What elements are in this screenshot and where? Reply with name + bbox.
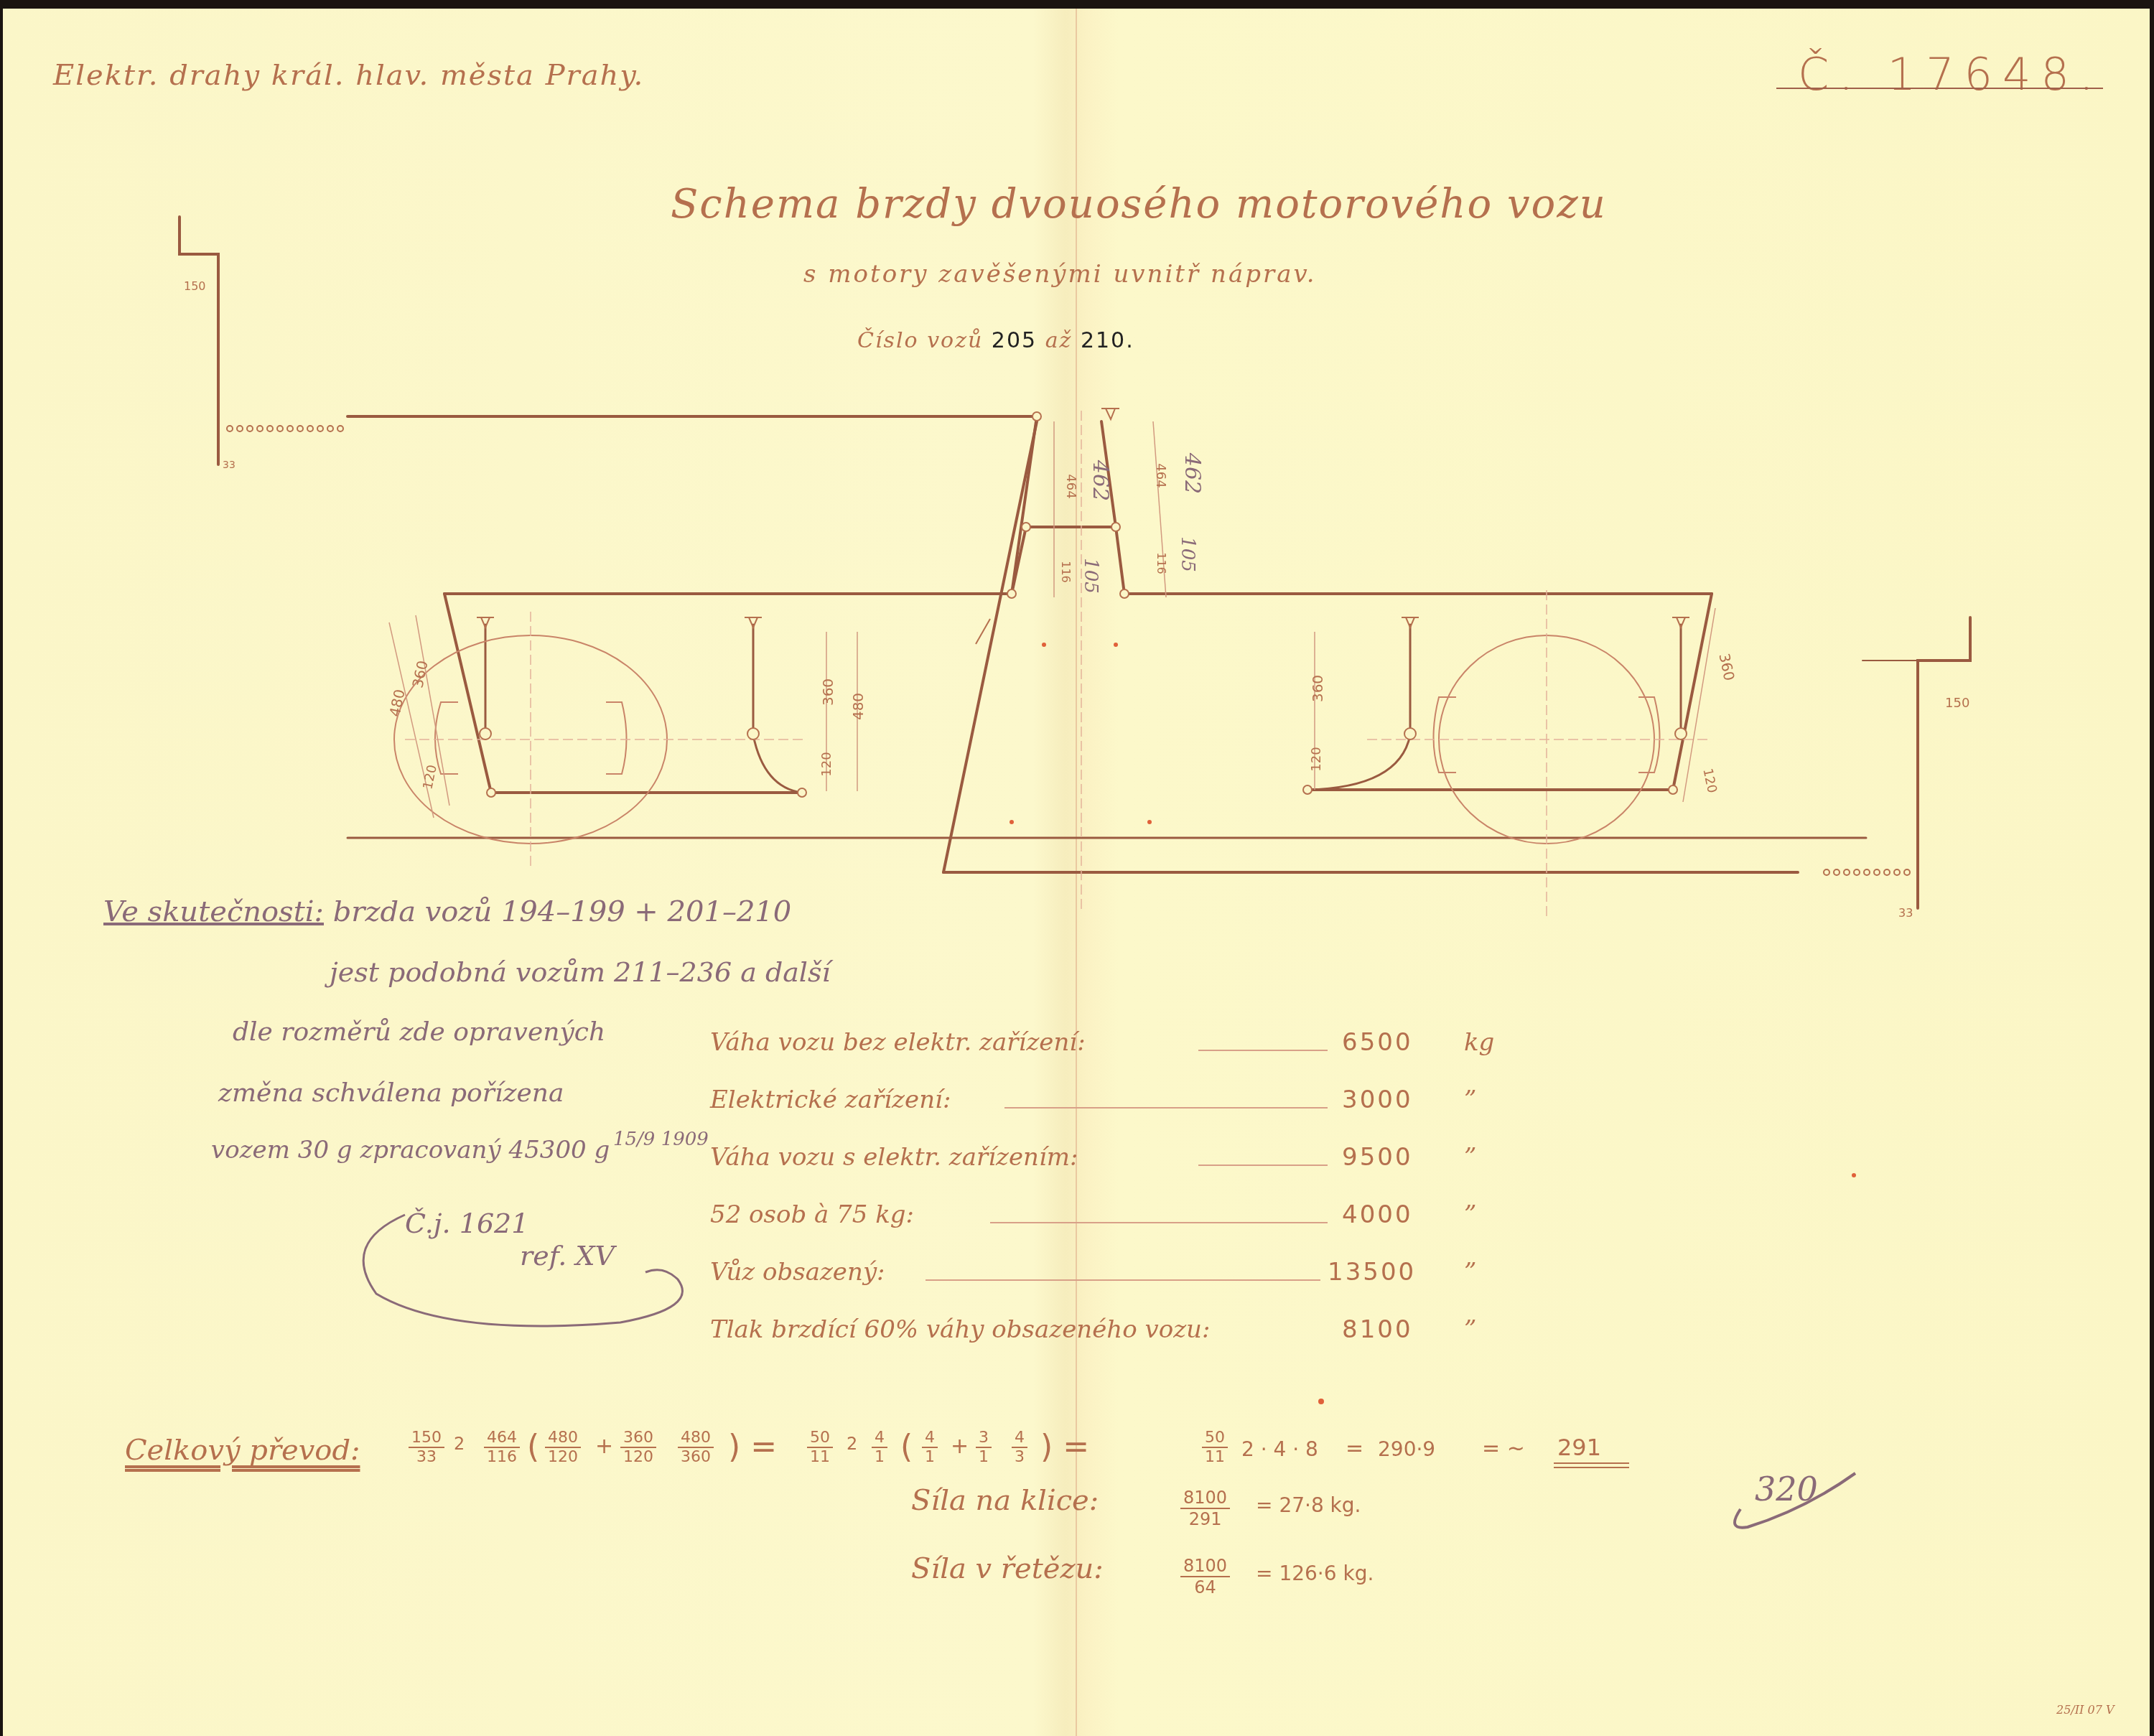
numerator: 150 [409,1429,444,1448]
note-corrected-ratio: 320 [1755,1470,1818,1508]
weight-value: 9500 [1342,1143,1413,1172]
weight-value: 13500 [1328,1258,1416,1287]
denominator: 1 [925,1448,935,1466]
numerator: 8100 [1180,1488,1230,1509]
equals-sign: = [1346,1436,1363,1461]
fraction: 15033 [409,1429,444,1466]
paren-open: ( [527,1429,539,1465]
total-ratio-label: Celkový převod: [125,1434,360,1467]
numerator: 480 [545,1429,581,1448]
weight-row: Tlak brzdící 60% váhy obsazeného vozu: 8… [710,1315,1500,1351]
weight-unit: kg [1464,1028,1494,1057]
weight-label: 52 osob à 75 kg: [710,1200,914,1229]
fraction: 31 [976,1429,992,1466]
numerator: 50 [1202,1429,1228,1448]
numerator: 50 [807,1429,833,1448]
fraction: 41 [872,1429,887,1466]
weight-row: 52 osob à 75 kg: 4000 ” [710,1200,1500,1236]
denominator: 360 [681,1448,711,1466]
fraction: 360120 [620,1429,656,1466]
result-underline [1554,1467,1629,1468]
multiplier: 2 [454,1434,465,1454]
fraction: 5011 [1202,1429,1228,1466]
denominator: 3 [1015,1448,1025,1466]
leader-line [1198,1050,1328,1051]
pencil-loop [3,9,2150,1736]
handle-force-label: Síla na klice: [911,1484,1099,1517]
approx-sign: = ~ [1482,1436,1525,1461]
weight-label: Váha vozu s elektr. zařízením: [710,1143,1078,1172]
fraction: 43 [1012,1429,1027,1466]
weight-row: Váha vozu s elektr. zařízením: 9500 ” [710,1143,1500,1179]
weight-label: Vůz obsazený: [710,1258,885,1287]
handle-force-fraction: 8100291 [1180,1488,1230,1529]
denominator: 64 [1194,1577,1216,1597]
plus-sign: + [951,1434,969,1459]
numerator: 4 [922,1429,938,1448]
weight-value: 4000 [1342,1200,1413,1229]
leader-line [1198,1165,1328,1166]
fraction: 480120 [545,1429,581,1466]
denominator: 1 [979,1448,989,1466]
plus-sign: + [595,1434,613,1459]
numerator: 480 [678,1429,714,1448]
numerator: 4 [872,1429,887,1448]
weight-value: 8100 [1342,1315,1413,1344]
denominator: 291 [1189,1509,1222,1529]
approx-value: 290·9 [1378,1437,1435,1461]
numerator: 3 [976,1429,992,1448]
weight-value: 3000 [1342,1086,1413,1114]
drawing-sheet: Elektr. drahy král. hlav. města Prahy. Č… [3,9,2150,1736]
fraction: 480360 [678,1429,714,1466]
weight-unit: ” [1464,1086,1476,1114]
leader-line [1004,1107,1328,1109]
leader-line [990,1222,1328,1223]
weight-unit: ” [1464,1200,1476,1229]
weight-label: Tlak brzdící 60% váhy obsazeného vozu: [710,1315,1210,1344]
weight-label: Váha vozu bez elektr. zařízení: [710,1028,1086,1057]
weight-unit: ” [1464,1258,1476,1287]
denominator: 11 [1205,1448,1225,1466]
weight-label: Elektrické zařízení: [710,1086,951,1114]
fraction: 5011 [807,1429,833,1466]
numerator: 464 [484,1429,520,1448]
total-ratio-result: 291 [1557,1434,1601,1461]
denominator: 33 [416,1448,437,1466]
result-underline [1554,1462,1629,1464]
chain-force-number: 126·6 kg. [1279,1562,1374,1585]
denominator: 116 [487,1448,517,1466]
weight-value: 6500 [1342,1028,1413,1057]
chain-force-value: = 126·6 kg. [1256,1562,1374,1585]
denominator: 120 [623,1448,653,1466]
denominator: 120 [548,1448,578,1466]
weight-row: Vůz obsazený: 13500 ” [710,1258,1500,1294]
weight-row: Elektrické zařízení: 3000 ” [710,1086,1500,1121]
weight-row: Váha vozu bez elektr. zařízení: 6500 kg [710,1028,1500,1064]
chain-force-label: Síla v řetězu: [911,1552,1104,1585]
handle-force-number: 27·8 kg. [1279,1493,1361,1517]
denominator: 1 [875,1448,885,1466]
leader-line [926,1279,1320,1281]
multiplier: 2 [847,1434,857,1454]
weight-unit: ” [1464,1143,1476,1172]
corner-date-note: 25/II 07 V [2056,1703,2114,1717]
numerator: 8100 [1180,1556,1230,1577]
weight-unit: ” [1464,1315,1476,1344]
fraction: 464116 [484,1429,520,1466]
paren-open: ( [900,1429,913,1465]
product-terms: 2 · 4 · 8 [1241,1437,1318,1461]
paren-close: ) = [1040,1429,1089,1465]
numerator: 360 [620,1429,656,1448]
handle-force-value: = 27·8 kg. [1256,1493,1361,1517]
denominator: 11 [810,1448,830,1466]
fraction: 41 [922,1429,938,1466]
paren-close: ) = [728,1429,777,1465]
chain-force-fraction: 810064 [1180,1556,1230,1597]
numerator: 4 [1012,1429,1027,1448]
